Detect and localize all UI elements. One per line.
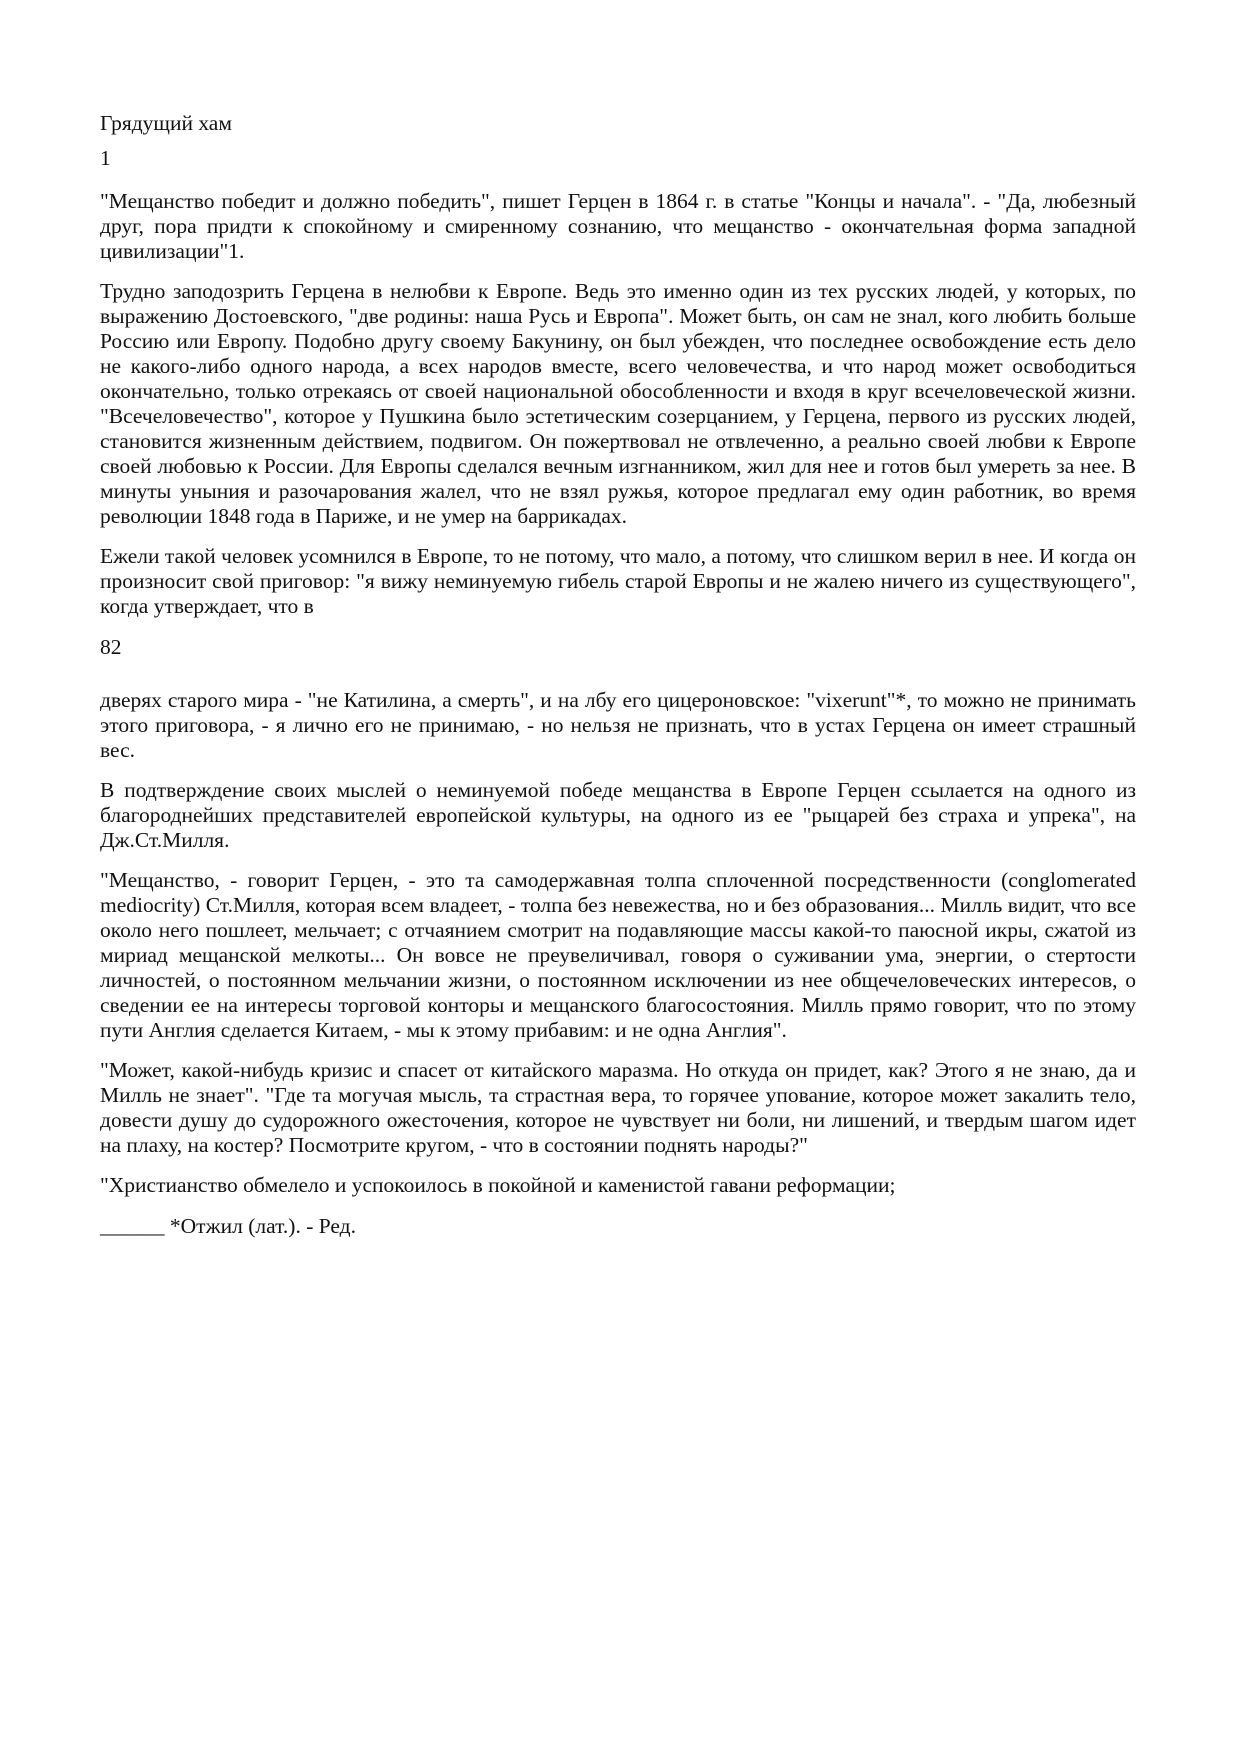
section-number: 1 bbox=[100, 146, 1136, 171]
footnote: ______ *Отжил (лат.). - Ред. bbox=[100, 1214, 1136, 1239]
paragraph: "Христианство обмелело и успокоилось в п… bbox=[100, 1173, 1136, 1198]
page-number: 82 bbox=[100, 635, 1136, 660]
paragraph: Трудно заподозрить Герцена в нелюбви к Е… bbox=[100, 279, 1136, 529]
paragraph: Ежели такой человек усомнился в Европе, … bbox=[100, 544, 1136, 619]
paragraph: В подтверждение своих мыслей о неминуемо… bbox=[100, 778, 1136, 853]
paragraph: "Мещанство, - говорит Герцен, - это та с… bbox=[100, 868, 1136, 1043]
paragraph: дверях старого мира - "не Катилина, а см… bbox=[100, 688, 1136, 763]
document-title: Грядущий хам bbox=[100, 111, 1136, 136]
document-page: Грядущий хам 1 "Мещанство победит и долж… bbox=[100, 111, 1136, 1254]
paragraph: "Может, какой-нибудь кризис и спасет от … bbox=[100, 1058, 1136, 1158]
paragraph: "Мещанство победит и должно победить", п… bbox=[100, 189, 1136, 264]
